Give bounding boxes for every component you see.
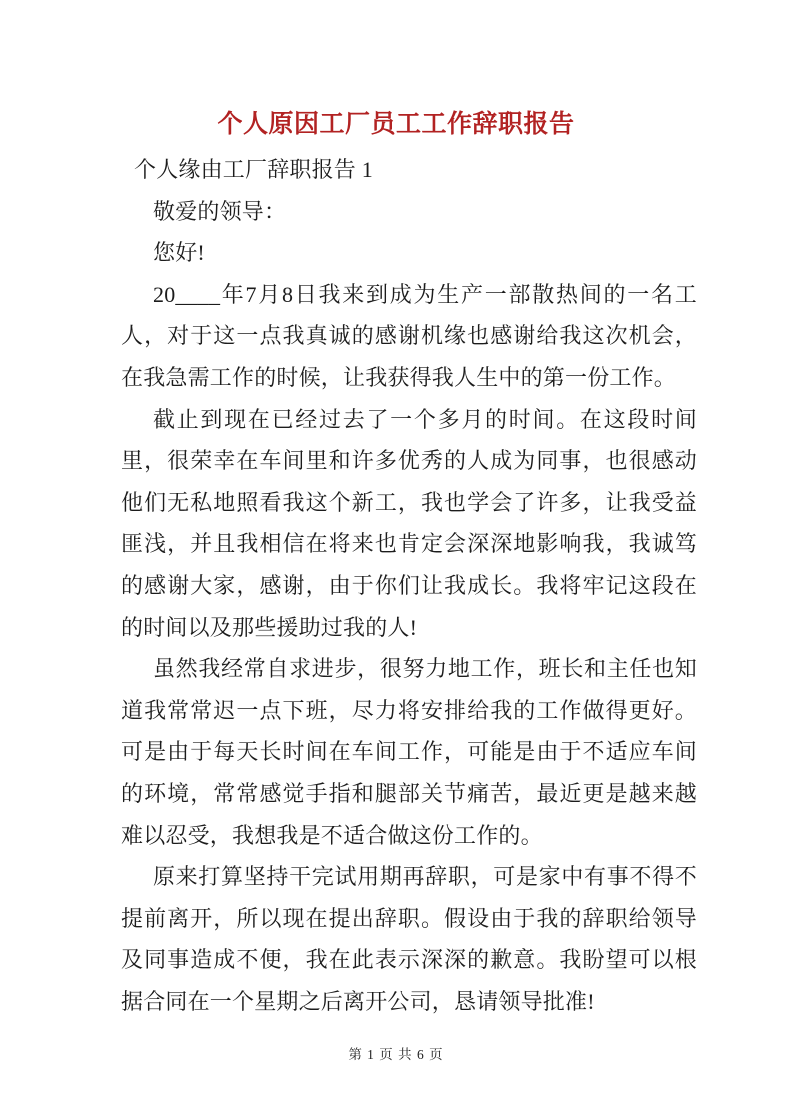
paragraph: 个人缘由工厂辞职报告 1	[121, 149, 697, 191]
paragraph: 敬爱的领导：	[121, 191, 697, 233]
document-body: 个人缘由工厂辞职报告 1敬爱的领导：您好!20____年7月8日我来到成为生产一…	[121, 149, 697, 1022]
page-footer: 第 1 页 共 6 页	[0, 1043, 792, 1063]
paragraph: 截止到现在已经过去了一个多月的时间。在这段时间里，很荣幸在车间里和许多优秀的人成…	[121, 399, 697, 649]
paragraph: 虽然我经常自求进步，很努力地工作，班长和主任也知道我常常迟一点下班，尽力将安排给…	[121, 648, 697, 856]
paragraph: 原来打算坚持干完试用期再辞职，可是家中有事不得不提前离开，所以现在提出辞职。假设…	[121, 856, 697, 1022]
document-page: 个人原因工厂员工工作辞职报告 个人缘由工厂辞职报告 1敬爱的领导：您好!20__…	[0, 0, 792, 1120]
paragraph: 您好!	[121, 232, 697, 274]
document-title: 个人原因工厂员工工作辞职报告	[0, 0, 792, 145]
paragraph: 20____年7月8日我来到成为生产一部散热间的一名工人，对于这一点我真诚的感谢…	[121, 274, 697, 399]
